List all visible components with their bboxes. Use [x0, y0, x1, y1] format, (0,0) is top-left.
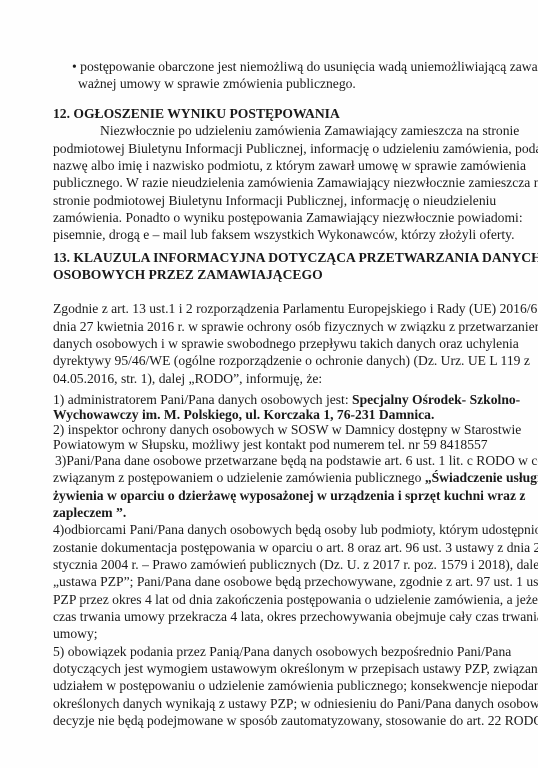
item-1-text: 1) administratorem Pani/Pana danych osob…: [53, 392, 352, 407]
section-12-line: publicznego. W razie nieudzielenia zamów…: [53, 174, 481, 191]
item-4-line: PZP przez okres 4 lat od dnia zakończeni…: [53, 591, 481, 608]
item-5-line: 5) obowiązek podania przez Panią/Pana da…: [53, 643, 481, 660]
document-page: • postępowanie obarczone jest niemożliwą…: [0, 0, 538, 768]
item-4-line: 4)odbiorcami Pani/Pana danych osobowych …: [53, 521, 481, 538]
item-3-line: 3)Pani/Pana dane osobowe przetwarzane bę…: [55, 452, 481, 469]
item-4-line: czas trwania umowy przekracza 4 lata, ok…: [53, 608, 481, 625]
item-5-line: określonych danych wynikają z ustawy PZP…: [53, 695, 481, 712]
administrator-name: Specjalny Ośrodek- Szkolno-: [352, 392, 520, 407]
section-13-heading: 13. KLAUZULA INFORMACYJNA DOTYCZĄCA PRZE…: [53, 249, 481, 266]
item-4-line: zostanie dokumentacja postępowania w opa…: [53, 539, 481, 556]
bullet-line: ważnej umowy w sprawie zmówienia publicz…: [78, 75, 481, 92]
item-2-line: Powiatowym w Słupsku, możliwy jest konta…: [53, 436, 481, 453]
section-12-line: nazwę albo imię i nazwisko podmiotu, z k…: [53, 157, 481, 174]
section-12-line: Niezwłocznie po udzieleniu zamówienia Za…: [100, 122, 481, 139]
section-12-line: pisemnie, drogą e – mail lub faksem wszy…: [53, 226, 481, 243]
intro-line: danych osobowych i w sprawie swobodnego …: [53, 335, 481, 352]
item-5-line: decyzje nie będą podejmowane w sposób za…: [53, 712, 481, 729]
section-12-line: stronie podmiotowej Biuletynu Informacji…: [53, 192, 481, 209]
item-4-line: „ustawa PZP”; Pani/Pana dane osobowe będ…: [53, 573, 481, 590]
item-3-text: związanym z postępowaniem o udzielenie z…: [53, 470, 425, 485]
contract-title: zapleczem ”.: [53, 504, 481, 521]
contract-title: „Świadczenie usługi: [425, 470, 538, 485]
item-5-line: udziałem w postępowaniu o udzielenie zam…: [53, 677, 481, 694]
section-12-heading: 12. OGŁOSZENIE WYNIKU POSTĘPOWANIA: [53, 105, 481, 122]
section-12-line: podmiotowej Biuletynu Informacji Publicz…: [53, 140, 481, 157]
section-12-line: zamówienia. Ponadto o wyniku postępowani…: [53, 209, 481, 226]
bullet-line: • postępowanie obarczone jest niemożliwą…: [72, 58, 481, 75]
intro-line: dnia 27 kwietnia 2016 r. w sprawie ochro…: [53, 318, 481, 335]
intro-line: dyrektywy 95/46/WE (ogólne rozporządzeni…: [53, 352, 481, 369]
section-13-heading: OSOBOWYCH PRZEZ ZAMAWIAJĄCEGO: [53, 266, 481, 283]
item-5-line: dotyczących jest wymogiem ustawowym okre…: [53, 660, 481, 677]
intro-line: Zgodnie z art. 13 ust.1 i 2 rozporządzen…: [53, 300, 481, 317]
item-3-line: związanym z postępowaniem o udzielenie z…: [53, 469, 481, 486]
item-4-line: stycznia 2004 r. – Prawo zamówień public…: [53, 556, 481, 573]
intro-line: 04.05.2016, str. 1), dalej „RODO”, infor…: [53, 370, 481, 387]
contract-title: żywienia w oparciu o dzierżawę wyposażon…: [53, 487, 481, 504]
item-4-line: umowy;: [53, 625, 481, 642]
